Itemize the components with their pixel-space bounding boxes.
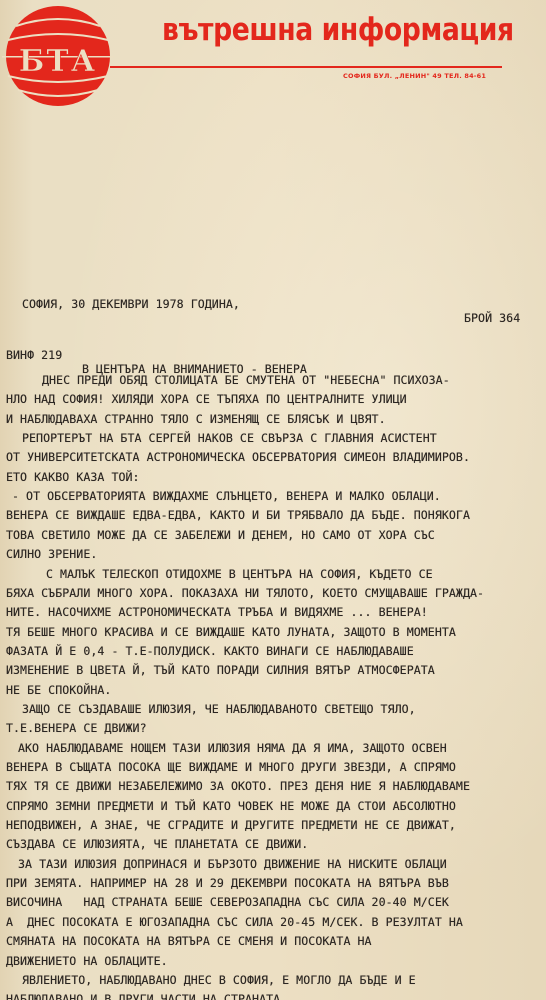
body-line: НАБЛЮДАВАНО И В ДРУГИ ЧАСТИ НА СТРАНАТА. xyxy=(6,992,287,1000)
body-line: ИЗМЕНЕНИЕ В ЦВЕТА Й, ТЪЙ КАТО ПОРАДИ СИЛ… xyxy=(6,663,435,677)
body-line: ПРИ ЗЕМЯТА. НАПРИМЕР НА 28 И 29 ДЕКЕМВРИ… xyxy=(6,876,449,890)
body-line: ДВИЖЕНИЕТО НА ОБЛАЦИТЕ. xyxy=(6,954,168,968)
body-line: ТОВА СВЕТИЛО МОЖЕ ДА СЕ ЗАБЕЛЕЖИ И ДЕНЕМ… xyxy=(6,528,435,542)
body-line: ТЯХ ТЯ СЕ ДВИЖИ НЕЗАБЕЛЕЖИМО ЗА ОКОТО. П… xyxy=(6,779,470,793)
body-line: СПРЯМО ЗЕМНИ ПРЕДМЕТИ И ТЪЙ КАТО ЧОВЕК Н… xyxy=(6,799,456,813)
body-line: ДНЕС ПРЕДИ ОБЯД СТОЛИЦАТА БЕ СМУТЕНА ОТ … xyxy=(42,373,450,387)
body-line: - ОТ ОБСЕРВАТОРИЯТА ВИЖДАХМЕ СЛЪНЦЕТО, В… xyxy=(12,489,441,503)
body-line: ЕТО КАКВО КАЗА ТОЙ: xyxy=(6,470,140,484)
body-line: НИТЕ. НАСОЧИХМЕ АСТРОНОМИЧЕСКАТА ТРЪБА И… xyxy=(6,605,428,619)
body-line: НЛО НАД СОФИЯ! ХИЛЯДИ ХОРА СЕ ТЪПЯХА ПО … xyxy=(6,392,407,406)
body-line: ФАЗАТА Й Е 0,4 - Т.Е-ПОЛУДИСК. КАКТО ВИН… xyxy=(6,644,414,658)
body-line: ОТ УНИВЕРСИТЕТСКАТА АСТРОНОМИЧЕСКА ОБСЕР… xyxy=(6,450,470,464)
body-line: ВЕНЕРА В СЪЩАТА ПОСОКА ЩЕ ВИЖДАМЕ И МНОГ… xyxy=(6,760,456,774)
article-body: ДНЕС ПРЕДИ ОБЯД СТОЛИЦАТА БЕ СМУТЕНА ОТ … xyxy=(0,0,546,476)
body-line: СЪЗДАВА СЕ ИЛЮЗИЯТА, ЧЕ ПЛАНЕТАТА СЕ ДВИ… xyxy=(6,837,308,851)
body-line: ЗА ТАЗИ ИЛЮЗИЯ ДОПРИНАСЯ И БЪРЗОТО ДВИЖЕ… xyxy=(18,857,447,871)
body-line: Т.Е.ВЕНЕРА СЕ ДВИЖИ? xyxy=(6,721,147,735)
body-line: ВЕНЕРА СЕ ВИЖДАШЕ ЕДВА-ЕДВА, КАКТО И БИ … xyxy=(6,508,470,522)
body-line: СИЛНО ЗРЕНИЕ. xyxy=(6,547,97,561)
body-line: ЯВЛЕНИЕТО, НАБЛЮДАВАНО ДНЕС В СОФИЯ, Е М… xyxy=(22,973,416,987)
body-line: РЕПОРТЕРЪТ НА БТА СЕРГЕЙ НАКОВ СЕ СВЪРЗА… xyxy=(22,431,437,445)
body-line: АКО НАБЛЮДАВАМЕ НОЩЕМ ТАЗИ ИЛЮЗИЯ НЯМА Д… xyxy=(18,741,447,755)
body-line: И НАБЛЮДАВАХА СТРАННО ТЯЛО С ИЗМЕНЯЩ СЕ … xyxy=(6,412,386,426)
body-line: ВИСОЧИНА НАД СТРАНАТА БЕШЕ СЕВЕРОЗАПАДНА… xyxy=(6,895,449,909)
body-line: НЕПОДВИЖЕН, А ЗНАЕ, ЧЕ СГРАДИТЕ И ДРУГИТ… xyxy=(6,818,456,832)
body-line: ТЯ БЕШЕ МНОГО КРАСИВА И СЕ ВИЖДАШЕ КАТО … xyxy=(6,625,456,639)
body-line: СМЯНАТА НА ПОСОКАТА НА ВЯТЪРА СЕ СМЕНЯ И… xyxy=(6,934,372,948)
body-line: БЯХА СЪБРАЛИ МНОГО ХОРА. ПОКАЗАХА НИ ТЯЛ… xyxy=(6,586,484,600)
body-line: НЕ БЕ СПОКОЙНА. xyxy=(6,683,111,697)
body-line: ЗАЩО СЕ СЪЗДАВАШЕ ИЛЮЗИЯ, ЧЕ НАБЛЮДАВАНО… xyxy=(22,702,416,716)
body-line: А ДНЕС ПОСОКАТА Е ЮГОЗАПАДНА СЪС СИЛА 20… xyxy=(6,915,463,929)
body-line: С МАЛЪК ТЕЛЕСКОП ОТИДОХМЕ В ЦЕНТЪРА НА С… xyxy=(46,567,433,581)
